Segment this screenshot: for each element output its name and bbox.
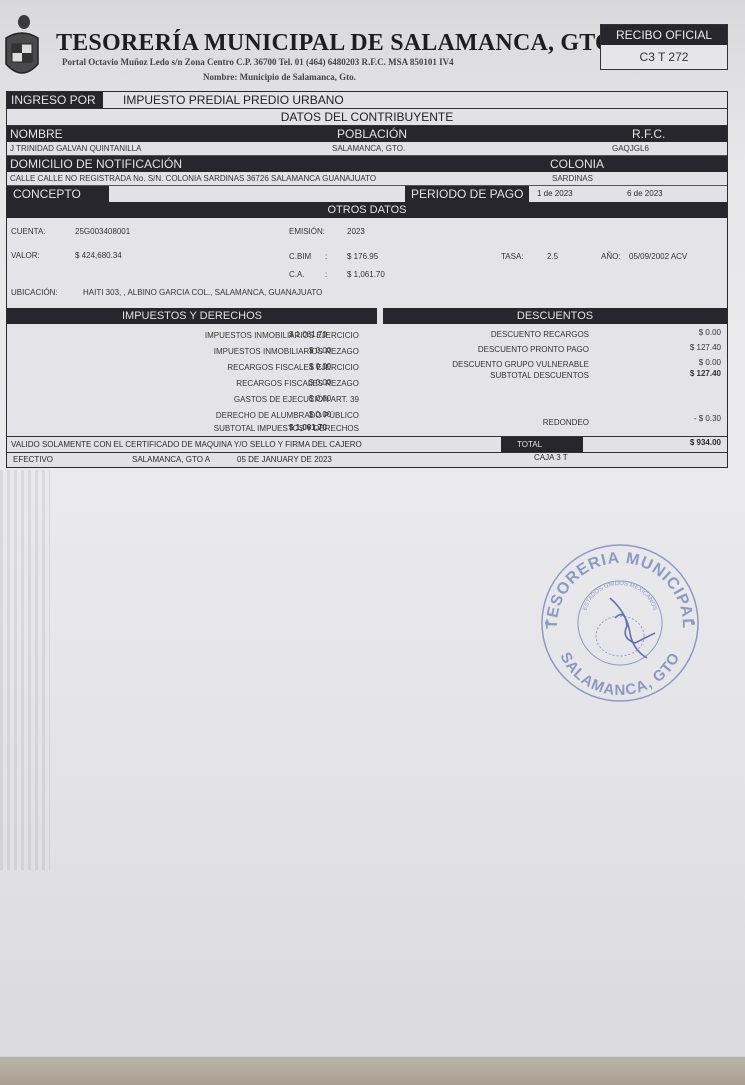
poblacion-label: POBLACIÓN <box>337 127 407 141</box>
cbim-sep: : <box>325 252 327 261</box>
payment-row: EFECTIVO SALAMANCA, GTO A 05 DE JANUARY … <box>7 453 727 467</box>
emision-label: EMISIÓN: <box>289 227 325 236</box>
municipality-name: Nombre: Municipio de Salamanca, Gto. <box>203 72 356 82</box>
domicilio-label: DOMICILIO DE NOTIFICACIÓN <box>10 157 182 171</box>
rfc-label: R.F.C. <box>632 127 665 141</box>
descuento-label: DESCUENTO RECARGOS <box>359 330 589 339</box>
concepto-label: CONCEPTO <box>7 186 109 202</box>
scan-smudge <box>0 470 50 870</box>
forma-pago: EFECTIVO <box>13 455 53 464</box>
cbim-value: $ 176.95 <box>347 252 378 261</box>
tasa-label: TASA: <box>501 252 524 261</box>
total-row: VALIDO SOLAMENTE CON EL CERTIFICADO DE M… <box>7 436 727 453</box>
periodo-desde: 1 de 2023 <box>529 186 627 202</box>
valor-label: VALOR: <box>11 251 40 260</box>
contribuyente-title: DATOS DEL CONTRIBUYENTE <box>7 109 727 126</box>
descuentos-subtotal-value: $ 127.40 <box>690 369 721 378</box>
concepto-value <box>109 186 405 202</box>
domicilio-value: CALLE CALLE NO REGISTRADA No. S/N. COLON… <box>10 174 376 183</box>
issuer-address: Portal Octavio Muñoz Ledo s/n Zona Centr… <box>62 57 454 67</box>
lugar: SALAMANCA, GTO A <box>132 455 210 464</box>
descuento-amount: $ 0.00 <box>699 328 721 337</box>
ca-sep: : <box>325 270 327 279</box>
nombre-label: NOMBRE <box>10 127 63 141</box>
poblacion-value: SALAMANCA, GTO. <box>332 144 405 153</box>
impuesto-amount: $ 0.00 <box>309 410 331 419</box>
svg-text:TESORERIA MUNICIPAL: TESORERIA MUNICIPAL <box>544 550 696 630</box>
ubicacion-label: UBICACIÓN: <box>11 288 58 297</box>
domicilio-header-row: DOMICILIO DE NOTIFICACIÓN COLONIA <box>7 156 727 172</box>
cbim-label: C.BIM <box>289 252 311 261</box>
seal-inner-text: ESTADOS UNIDOS MEXICANOS <box>582 581 657 612</box>
fecha: 05 DE JANUARY DE 2023 <box>237 455 332 464</box>
ingreso-row: INGRESO POR IMPUESTO PREDIAL PREDIO URBA… <box>7 92 727 109</box>
impuesto-amount: $ 0.00 <box>309 378 331 387</box>
total-value: $ 934.00 <box>583 437 727 452</box>
official-seal-stamp: TESORERIA MUNICIPAL SALAMANCA, GTO ESTAD… <box>535 538 705 703</box>
caja: CAJA 3 T <box>534 453 568 462</box>
colonia-value: SARDINAS <box>552 174 593 183</box>
ubicacion-value: HAITI 303, , ALBINO GARCIA COL., SALAMAN… <box>83 288 322 297</box>
periodo-hasta: 6 de 2023 <box>627 186 727 202</box>
validez-text: VALIDO SOLAMENTE CON EL CERTIFICADO DE M… <box>7 437 501 452</box>
rfc-value: GAQJGL6 <box>612 144 649 153</box>
domicilio-values-row: CALLE CALLE NO REGISTRADA No. S/N. COLON… <box>7 172 727 186</box>
descuentos-subtotal-label: SUBTOTAL DESCUENTOS <box>369 371 589 380</box>
descuento-amount: $ 0.00 <box>699 358 721 367</box>
anio-value: 05/09/2002 ACV <box>629 252 687 261</box>
colonia-label: COLONIA <box>550 157 604 171</box>
receipt-number: C3 T 272 <box>601 45 727 69</box>
seal-bottom-text: SALAMANCA, GTO <box>556 649 683 699</box>
anio-label: AÑO: <box>601 252 621 261</box>
nombre-value: J TRINIDAD GALVAN QUINTANILLA <box>10 144 141 153</box>
amounts-section: IMPUESTOS INMOBILIARIOS EJERCICIO$ 1,061… <box>7 324 727 436</box>
emision-value: 2023 <box>347 227 365 236</box>
cuenta-label: CUENTA: <box>11 227 46 236</box>
descuentos-heading: DESCUENTOS <box>383 308 727 324</box>
redondeo-label: REDONDEO <box>369 418 589 427</box>
ca-label: C.A. <box>289 270 305 279</box>
impuestos-subtotal-value: $ 1,061.70 <box>289 423 327 432</box>
receipt-form: INGRESO POR IMPUESTO PREDIAL PREDIO URBA… <box>6 91 728 468</box>
otros-datos-section: CUENTA: 25G003408001 EMISIÓN: 2023 VALOR… <box>7 218 727 308</box>
periodo-label: PERIODO DE PAGO <box>405 186 529 202</box>
receipt-label: RECIBO OFICIAL <box>601 25 727 45</box>
municipal-crest-icon <box>2 12 42 84</box>
impuesto-amount: $ 0.00 <box>309 394 331 403</box>
otros-heading: OTROS DATOS <box>327 204 406 216</box>
cuenta-value: 25G003408001 <box>75 227 130 236</box>
descuento-label: DESCUENTO GRUPO VULNERABLE <box>359 360 589 369</box>
contribuyente-header-row: NOMBRE POBLACIÓN R.F.C. <box>7 126 727 142</box>
seal-top-text: TESORERIA MUNICIPAL <box>544 550 696 630</box>
issuer-title: TESORERÍA MUNICIPAL DE SALAMANCA, GTO. <box>56 30 620 57</box>
total-label: TOTAL <box>501 437 583 452</box>
impuestos-heading: IMPUESTOS Y DERECHOS <box>7 308 377 324</box>
descuento-label: DESCUENTO PRONTO PAGO <box>359 345 589 354</box>
ingreso-label: INGRESO POR <box>7 92 103 108</box>
valor-value: $ 424,680.34 <box>75 251 122 260</box>
impuesto-amount: $ 0.00 <box>309 346 331 355</box>
tasa-value: 2.5 <box>547 252 558 261</box>
impuesto-amount: $ 1,061.70 <box>289 330 327 339</box>
desk-surface <box>0 1056 745 1085</box>
svg-text:SALAMANCA, GTO: SALAMANCA, GTO <box>556 649 683 699</box>
contribuyente-values-row: J TRINIDAD GALVAN QUINTANILLA SALAMANCA,… <box>7 142 727 156</box>
impuestos-descuentos-header: IMPUESTOS Y DERECHOS DESCUENTOS <box>7 308 727 324</box>
contribuyente-heading: DATOS DEL CONTRIBUYENTE <box>281 110 453 124</box>
descuento-amount: $ 127.40 <box>690 343 721 352</box>
impuesto-amount: $ 0.00 <box>309 362 331 371</box>
concepto-row: CONCEPTO PERIODO DE PAGO 1 de 2023 6 de … <box>7 186 727 202</box>
otros-title-row: OTROS DATOS <box>7 202 727 218</box>
receipt-number-box: RECIBO OFICIAL C3 T 272 <box>600 24 728 70</box>
ingreso-value: IMPUESTO PREDIAL PREDIO URBANO <box>103 92 727 108</box>
redondeo-value: - $ 0.30 <box>694 414 721 423</box>
ca-value: $ 1,061.70 <box>347 270 385 279</box>
svg-text:ESTADOS UNIDOS MEXICANOS: ESTADOS UNIDOS MEXICANOS <box>582 581 657 612</box>
